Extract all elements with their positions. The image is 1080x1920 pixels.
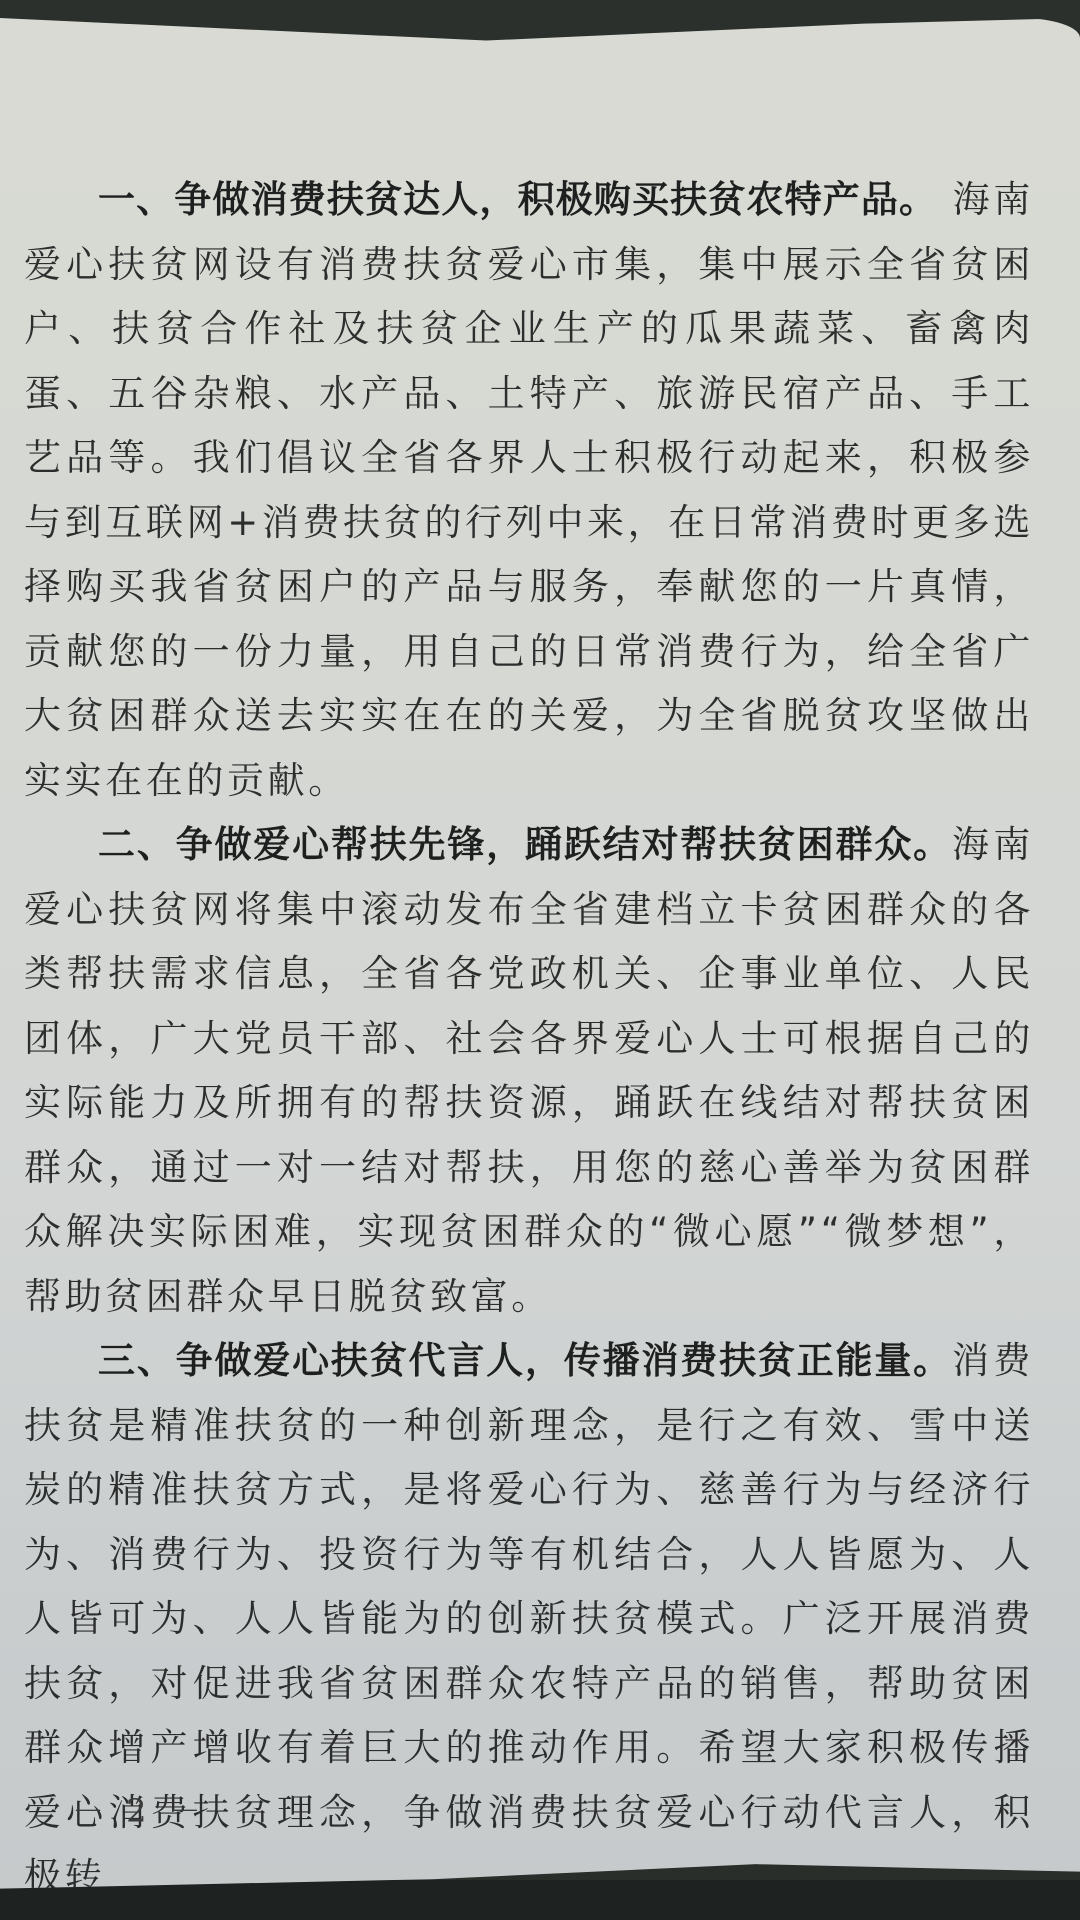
paragraph-2-text: 海南爱心扶贫网将集中滚动发布全省建档立卡贫困群众的各类帮扶需求信息，全省各党政机… (24, 823, 1034, 1318)
document-page: 一、争做消费扶贫达人，积极购买扶贫农特产品。 海南爱心扶贫网设有消费扶贫爱心市集… (0, 18, 1080, 1898)
paragraph-3-heading: 三、争做爱心扶贫代言人，传播消费扶贫正能量。 (98, 1339, 952, 1382)
document-body: 一、争做消费扶贫达人，积极购买扶贫农特产品。 海南爱心扶贫网设有消费扶贫爱心市集… (24, 168, 1034, 1910)
paragraph-2-heading: 二、争做爱心帮扶先锋，踊跃结对帮扶贫困群众。 (98, 823, 952, 866)
paragraph-2: 二、争做爱心帮扶先锋，踊跃结对帮扶贫困群众。海南爱心扶贫网将集中滚动发布全省建档… (24, 813, 1034, 1329)
paragraph-1-heading: 一、争做消费扶贫达人，积极购买扶贫农特产品。 (98, 178, 937, 221)
paragraph-1-text: 海南爱心扶贫网设有消费扶贫爱心市集，集中展示全省贫困户、扶贫合作社及扶贫企业生产… (24, 178, 1034, 802)
page-number: － 2 － (72, 1786, 207, 1832)
background-surface-bottom (0, 1880, 1080, 1920)
paragraph-1: 一、争做消费扶贫达人，积极购买扶贫农特产品。 海南爱心扶贫网设有消费扶贫爱心市集… (24, 168, 1034, 813)
